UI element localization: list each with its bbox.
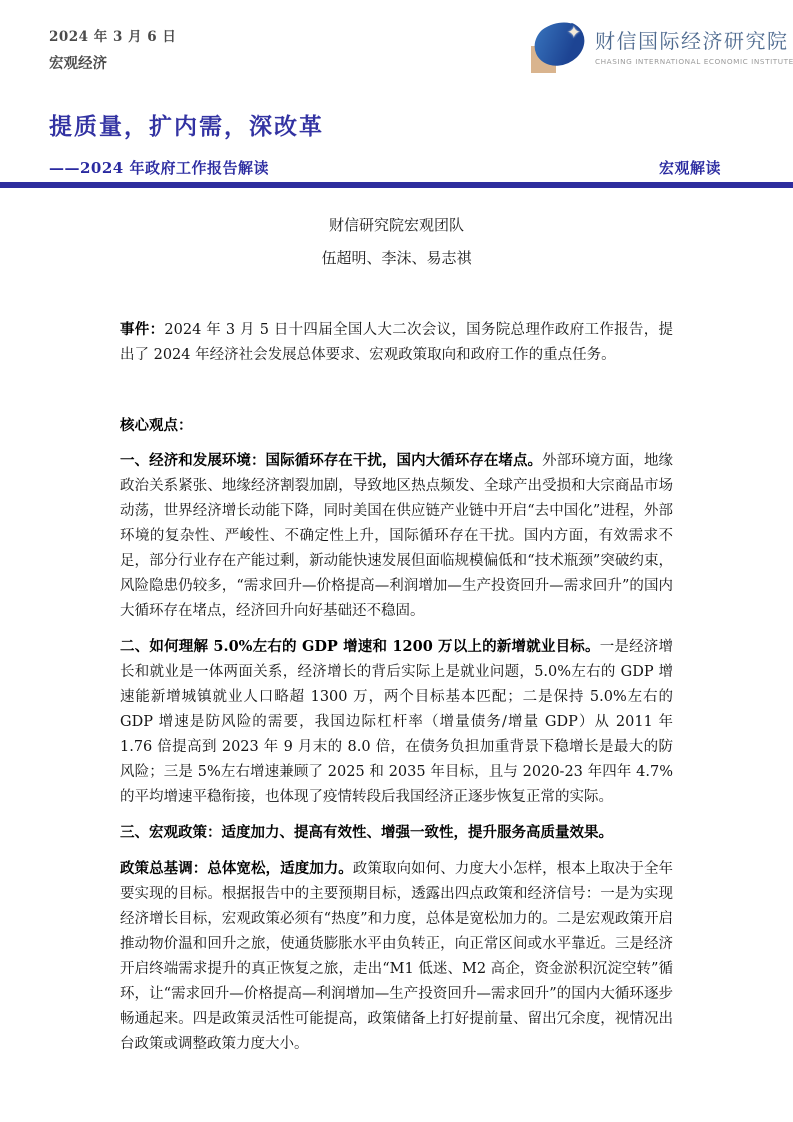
report-subtitle: ——2024 年政府工作报告解读 [49, 157, 269, 178]
paragraph-1-lead: 一、经济和发展环境：国际循环存在干扰，国内大循环存在堵点。 [120, 452, 542, 469]
paragraph-3: 三、宏观政策：适度加力、提高有效性、增强一致性，提升服务高质量效果。 [120, 820, 673, 846]
report-category: 宏观经济 [49, 52, 107, 73]
core-viewpoints-heading: 核心观点： [120, 413, 673, 438]
paragraph-1-text: 外部环境方面，地缘政治关系紧张、地缘经济割裂加剧，导致地区热点频发、全球产出受损… [120, 453, 673, 619]
institute-name-cn: 财信国际经济研究院 [595, 25, 793, 54]
paragraph-2-text: 一是经济增长和就业是一体两面关系，经济增长的背后实际上是就业问题，5.0%左右的… [120, 639, 673, 805]
event-paragraph: 事件：2024 年 3 月 5 日十四届全国人大二次会议，国务院总理作政府工作报… [120, 317, 673, 368]
report-body: 事件：2024 年 3 月 5 日十四届全国人大二次会议，国务院总理作政府工作报… [120, 317, 673, 1057]
header-divider-bar [0, 182, 793, 188]
star-icon: ✦ [567, 25, 581, 42]
event-label: 事件： [120, 321, 164, 338]
institute-name-en: CHASING INTERNATIONAL ECONOMIC INSTITUTE [595, 57, 793, 66]
paragraph-1: 一、经济和发展环境：国际循环存在干扰，国内大循环存在堵点。外部环境方面，地缘政治… [120, 448, 673, 624]
authors: 伍超明、李沫、易志祺 [0, 247, 793, 268]
report-header: 2024 年 3 月 6 日 宏观经济 ✦ 财信国际经济研究院 CHASING … [0, 0, 793, 188]
paragraph-4: 政策总基调：总体宽松，适度加力。政策取向如何、力度大小怎样，根本上取决于全年要实… [120, 856, 673, 1057]
event-text: 2024 年 3 月 5 日十四届全国人大二次会议，国务院总理作政府工作报告，提… [120, 322, 673, 363]
paragraph-2: 二、如何理解 5.0%左右的 GDP 增速和 1200 万以上的新增就业目标。一… [120, 634, 673, 810]
institute-logo-mark: ✦ [531, 17, 587, 74]
paragraph-2-lead: 二、如何理解 5.0%左右的 GDP 增速和 1200 万以上的新增就业目标。 [120, 638, 600, 655]
paragraph-3-lead: 三、宏观政策：适度加力、提高有效性、增强一致性，提升服务高质量效果。 [120, 824, 613, 841]
institute-logo: ✦ 财信国际经济研究院 CHASING INTERNATIONAL ECONOM… [531, 17, 793, 74]
paragraph-4-text: 政策取向如何、力度大小怎样，根本上取决于全年要实现的目标。根据报告中的主要预期目… [120, 861, 673, 1052]
institute-logo-text: 财信国际经济研究院 CHASING INTERNATIONAL ECONOMIC… [595, 25, 793, 66]
paragraph-4-lead: 政策总基调：总体宽松，适度加力。 [120, 860, 353, 877]
report-date: 2024 年 3 月 6 日 [49, 25, 176, 45]
report-edition-label: 宏观解读 [659, 157, 721, 178]
team-name: 财信研究院宏观团队 [0, 214, 793, 235]
report-title: 提质量，扩内需，深改革 [49, 108, 324, 141]
subtitle-row: ——2024 年政府工作报告解读 宏观解读 [49, 157, 721, 178]
byline: 财信研究院宏观团队 伍超明、李沫、易志祺 [0, 214, 793, 268]
report-page: 2024 年 3 月 6 日 宏观经济 ✦ 财信国际经济研究院 CHASING … [0, 0, 793, 1122]
